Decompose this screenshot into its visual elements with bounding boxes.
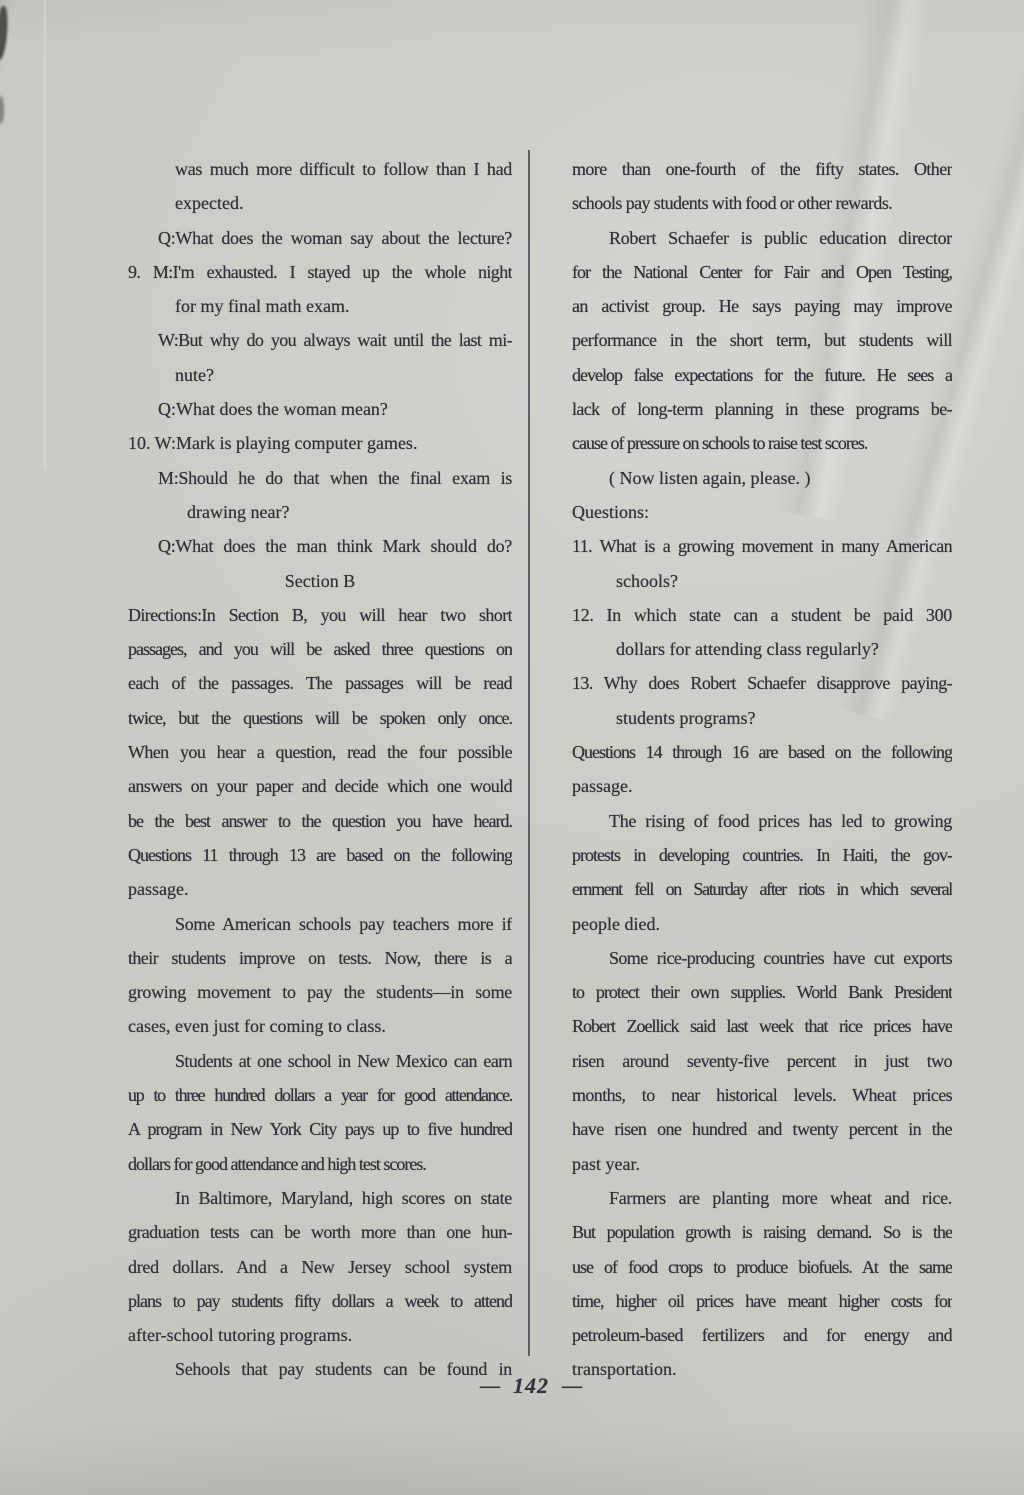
scanned-book-page: was much more difficult to follow than I… (0, 0, 1024, 1495)
page-number: — 142 — (431, 1370, 631, 1402)
text-line: people died. (572, 907, 952, 941)
text-line: passages, and you will be asked three qu… (128, 632, 512, 666)
text-line: The rising of food prices has led to gro… (572, 804, 952, 838)
text-line: 10. W:Mark is playing computer games. (128, 426, 512, 460)
page-number-value: 142 (513, 1373, 549, 1399)
text-line: schools? (572, 564, 952, 598)
text-line: Section B (128, 564, 512, 598)
text-line: schools pay students with food or other … (572, 186, 952, 220)
text-line: A program in New York City pays up to fi… (128, 1112, 512, 1146)
text-line: be the best answer to the question you h… (128, 804, 512, 838)
text-line: Directions:In Section B, you will hear t… (128, 598, 512, 632)
text-line: lack of long-term planning in these prog… (572, 392, 952, 426)
text-line: up to three hundred dollars a year for g… (128, 1078, 512, 1112)
text-line: But population growth is raising demand.… (572, 1215, 952, 1249)
paper-crease (44, 0, 46, 470)
text-line: passage. (572, 769, 952, 803)
text-line: students programs? (572, 701, 952, 735)
text-line: dred dollars. And a New Jersey school sy… (128, 1250, 512, 1284)
text-line: Q:What does the woman mean? (128, 392, 512, 426)
text-line: Q:What does the man think Mark should do… (128, 529, 512, 563)
text-line: Q:What does the woman say about the lect… (128, 221, 512, 255)
text-line: In Baltimore, Maryland, high scores on s… (128, 1181, 512, 1215)
text-line: 12. In which state can a student be paid… (572, 598, 952, 632)
text-line: use of food crops to produce biofuels. A… (572, 1250, 952, 1284)
text-line: 13. Why does Robert Schaefer disapprove … (572, 666, 952, 700)
text-line: When you hear a question, read the four … (128, 735, 512, 769)
text-line: twice, but the questions will be spoken … (128, 701, 512, 735)
text-line: Robert Schaefer is public education dire… (572, 221, 952, 255)
text-line: 9. M:I'm exhausted. I stayed up the whol… (128, 255, 512, 289)
text-line: develop false expectations for the futur… (572, 358, 952, 392)
text-line: after-school tutoring programs. (128, 1318, 512, 1352)
left-column: was much more difficult to follow than I… (128, 152, 512, 1387)
text-line: ( Now listen again, please. ) (572, 461, 952, 495)
text-line: more than one-fourth of the fifty states… (572, 152, 952, 186)
text-line: have risen one hundred and twenty percen… (572, 1112, 952, 1146)
text-line: Some rice-producing countries have cut e… (572, 941, 952, 975)
text-line: Questions: (572, 495, 952, 529)
text-line: Some American schools pay teachers more … (128, 907, 512, 941)
text-line: their students improve on tests. Now, th… (128, 941, 512, 975)
scan-edge-artifact (0, 96, 4, 124)
text-line: past year. (572, 1147, 952, 1181)
text-line: cause of pressure on schools to raise te… (572, 426, 952, 460)
text-line: growing movement to pay the students—in … (128, 975, 512, 1009)
text-line: for my final math exam. (128, 289, 512, 323)
text-line: for the National Center for Fair and Ope… (572, 255, 952, 289)
text-line: time, higher oil prices have meant highe… (572, 1284, 952, 1318)
text-line: risen around seventy-five percent in jus… (572, 1044, 952, 1078)
right-column: more than one-fourth of the fifty states… (572, 152, 952, 1387)
text-line: nute? (128, 358, 512, 392)
text-line: dollars for attending class regularly? (572, 632, 952, 666)
text-line: performance in the short term, but stude… (572, 323, 952, 357)
text-line: protests in developing countries. In Hai… (572, 838, 952, 872)
text-line: W:But why do you always wait until the l… (128, 323, 512, 357)
text-line: drawing near? (128, 495, 512, 529)
text-line: to protect their own supplies. World Ban… (572, 975, 952, 1009)
text-line: an activist group. He says paying may im… (572, 289, 952, 323)
text-line: dollars for good attendance and high tes… (128, 1147, 512, 1181)
text-line: cases, even just for coming to class. (128, 1009, 512, 1043)
page-number-dash-right: — (562, 1375, 582, 1398)
text-line: plans to pay students fifty dollars a we… (128, 1284, 512, 1318)
text-line: months, to near historical levels. Wheat… (572, 1078, 952, 1112)
text-line: Robert Zoellick said last week that rice… (572, 1009, 952, 1043)
text-line: 11. What is a growing movement in many A… (572, 529, 952, 563)
text-line: Questions 11 through 13 are based on the… (128, 838, 512, 872)
text-line: petroleum-based fertilizers and for ener… (572, 1318, 952, 1352)
text-line: Students at one school in New Mexico can… (128, 1044, 512, 1078)
text-line: was much more difficult to follow than I… (128, 152, 512, 186)
text-line: expected. (128, 186, 512, 220)
page-number-dash-left: — (480, 1375, 500, 1398)
text-line: graduation tests can be worth more than … (128, 1215, 512, 1249)
text-line: answers on your paper and decide which o… (128, 769, 512, 803)
text-line: each of the passages. The passages will … (128, 666, 512, 700)
text-line: M:Should he do that when the final exam … (128, 461, 512, 495)
text-line: Questions 14 through 16 are based on the… (572, 735, 952, 769)
text-line: Farmers are planting more wheat and rice… (572, 1181, 952, 1215)
column-divider-line (528, 150, 530, 1356)
text-line: passage. (128, 872, 512, 906)
text-line: ernment fell on Saturday after riots in … (572, 872, 952, 906)
scan-edge-artifact (0, 6, 9, 61)
